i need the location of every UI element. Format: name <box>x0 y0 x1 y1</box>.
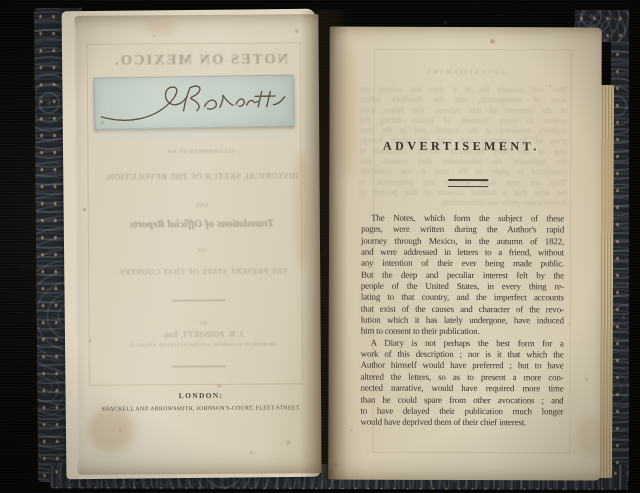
showthrough-author-name: J. R. POINSETT, Esq. <box>91 329 315 340</box>
text-line: the hope that a faithful account of that… <box>359 188 567 199</box>
paragraph-1: The Notes, which form the subject of the… <box>361 213 564 338</box>
photo-of-open-book: NOTES ON MEXICO. ACCOMPANIED BY AN HISTO… <box>0 0 640 493</box>
text-line: work of this description ; nor is it tha… <box>361 349 564 361</box>
text-line: Author's residence at the capital, and i… <box>359 126 567 137</box>
slip-paste-shadow <box>98 127 288 141</box>
text-line: This will account for, if it does not ex… <box>360 85 568 96</box>
text-line: would have deprived them of their chief … <box>360 417 563 429</box>
signature-handwriting: J R Poinsett <box>97 80 290 127</box>
text-line: journey through Mexico, in the autumn of… <box>361 235 564 247</box>
text-line: America may prove not uninteresting. <box>359 198 567 209</box>
text-line: and were addressed in letters to a frien… <box>361 247 564 259</box>
showthrough-by: BY <box>91 320 315 328</box>
text-line: altered the letters, so as to present a … <box>361 371 564 383</box>
text-line: lating to that country, and the imperfec… <box>361 292 564 304</box>
showthrough-accompanied-by: ACCOMPANIED BY AN <box>89 148 313 156</box>
showthrough-and: AND <box>90 202 314 210</box>
text-line: lution which it has lately undergone, ha… <box>361 315 564 327</box>
text-line: of the contents of this volume. The Note… <box>359 105 567 116</box>
text-line: that exist of the causes and character o… <box>361 303 564 315</box>
text-line: want of arrangement, and the desultory n… <box>360 95 568 106</box>
showthrough-on: ON <box>90 247 314 255</box>
text-line: nected narrative, would have required mo… <box>361 383 564 395</box>
text-line: the Appendix, the information they conta… <box>359 157 567 168</box>
showthrough-historical-sketch: HISTORICAL SKETCH OF THE REVOLUTION, <box>89 170 313 182</box>
imprint-city: LONDON: <box>91 390 311 401</box>
text-line: to have delayed their publication much l… <box>360 405 563 417</box>
printer-imprint: LONDON: SHACKELL AND ARROWSMITH, JOHNSON… <box>91 390 311 413</box>
text-line: The Notes, which form the subject of the… <box>361 213 564 225</box>
showthrough-translations: Translations of Official Reports <box>90 217 314 231</box>
heading-divider-rule <box>448 179 488 187</box>
showthrough-present-state: THE PRESENT STATE OF THAT COUNTRY. <box>90 266 314 277</box>
text-line: than he could spare from other avocation… <box>360 394 563 406</box>
text-line: committed to paper at the time it was co… <box>359 167 567 178</box>
text-line: Author himself would have preferred ; bu… <box>361 360 564 372</box>
advertisement-heading: ADVERTISEMENT. <box>329 139 593 155</box>
fox-spot <box>443 20 448 25</box>
showthrough-title: NOTES ON MEXICO. <box>89 51 313 70</box>
left-page: NOTES ON MEXICO. ACCOMPANIED BY AN HISTO… <box>74 14 321 475</box>
advertisement-body: The Notes, which form the subject of the… <box>360 213 564 429</box>
showthrough-advertisement-heading: ADVERTISEMENT. <box>360 69 568 77</box>
showthrough-rule <box>171 300 225 301</box>
signature-slip: J R Poinsett <box>94 74 295 129</box>
right-page: ADVERTISEMENT. This will account for, if… <box>328 27 602 481</box>
text-line: any intention of their ever being made p… <box>361 258 564 270</box>
text-line: pages, were written during the Author's … <box>361 224 564 236</box>
showthrough-rule <box>172 366 226 367</box>
text-line: A Diary is not perhaps the best form for… <box>361 337 564 349</box>
text-line: him to consent to their publication. <box>361 326 564 338</box>
text-line: written in every moment of leisure durin… <box>359 116 567 127</box>
text-line: people of the United States, in every th… <box>361 281 564 293</box>
showthrough-member-line: MEMBER OF CONGRESS, UNITED STATES OF AME… <box>91 342 315 349</box>
text-line: But the deep and peculiar interest felt … <box>361 269 564 281</box>
paragraph-2: A Diary is not perhaps the best form for… <box>360 337 563 428</box>
marbled-board-right <box>611 12 629 482</box>
